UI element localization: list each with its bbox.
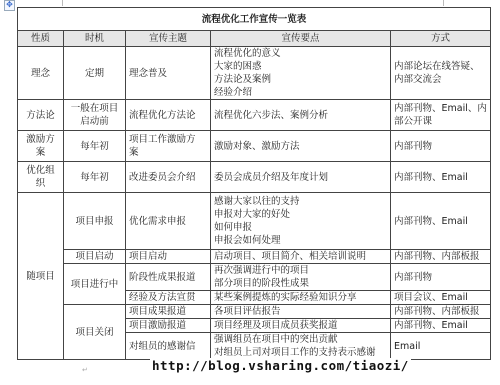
point: 如何申报 (214, 221, 387, 234)
cell-points: 强调组员在项目中的突出贡献 对组员上司对项目工作的支持表示感谢 (211, 333, 391, 360)
cell-theme: 项目工作激励方 案 (126, 131, 211, 162)
table-row: 理念 定期 理念普及 流程优化的意义 大家的困惑 方法论及案例 经验介绍 内部论… (18, 47, 491, 100)
table-move-handle-icon[interactable]: ✥ (4, 0, 15, 11)
cell-method: 内部刊物、内部板报 (391, 250, 491, 264)
table-row: 优化组 织 每年初 改进委员会介绍 委员会成员介绍及年度计划 内部刊物、Emai… (18, 162, 491, 193)
point: 申报对大家的好处 (214, 208, 387, 221)
nature-line: 优化组 (21, 164, 60, 177)
table-row: 方法论 一般在项目 启动前 流程优化方法论 流程优化六步法、案例分析 内部刊物、… (18, 100, 491, 131)
cell-timing: 一般在项目 启动前 (64, 100, 126, 131)
table-row: 随项目 项目申报 优化需求申报 感谢大家以往的支持 申报对大家的好处 如何申报 … (18, 193, 491, 250)
cell-nature: 理念 (18, 47, 64, 100)
cell-points: 委员会成员介绍及年度计划 (211, 162, 391, 193)
cell-theme: 优化需求申报 (126, 193, 211, 250)
cell-points: 激励对象、激励方法 (211, 131, 391, 162)
cell-nature: 优化组 织 (18, 162, 64, 193)
promotion-table: 流程优化工作宣传一览表 性质 时机 宣传主题 宣传要点 方式 理念 定期 理念普… (17, 7, 491, 360)
table-title: 流程优化工作宣传一览表 (18, 8, 491, 31)
point: 申报会如何处理 (214, 234, 387, 247)
cell-theme: 项目启动 (126, 250, 211, 264)
cell-theme: 流程优化方法论 (126, 100, 211, 131)
table-row: 激励方 案 每年初 项目工作激励方 案 激励对象、激励方法 内部刊物 (18, 131, 491, 162)
cell-method: 内部刊物、Email (391, 193, 491, 250)
cell-timing: 每年初 (64, 162, 126, 193)
header-nature: 性质 (18, 31, 64, 47)
header-timing: 时机 (64, 31, 126, 47)
timing-line: 启动前 (67, 115, 122, 128)
cell-points: 启动项目、项目简介、相关培训说明 (211, 250, 391, 264)
ruler-marker (443, 0, 444, 6)
cell-points: 流程优化的意义 大家的困惑 方法论及案例 经验介绍 (211, 47, 391, 100)
nature-line: 案 (21, 146, 60, 159)
header-theme: 宣传主题 (126, 31, 211, 47)
watermark-url: http://blog.vsharing.com/tiaozi/ (150, 358, 411, 373)
cell-theme: 改进委员会介绍 (126, 162, 211, 193)
nature-line: 织 (21, 177, 60, 190)
cell-timing: 项目关闭 (64, 305, 126, 360)
cell-points: 再次强调进行中的项目 部分项目的阶段性成果 (211, 264, 391, 291)
method-line: 内部刊物、Email、内 (394, 102, 487, 115)
cell-method: 项目会议、Email (391, 291, 491, 305)
header-row: 性质 时机 宣传主题 宣传要点 方式 (18, 31, 491, 47)
cell-points: 项目经理及项目成员获奖报道 (211, 319, 391, 333)
cell-method: 内部刊物、Email (391, 319, 491, 333)
point: 流程优化的意义 (214, 47, 387, 60)
cell-timing: 每年初 (64, 131, 126, 162)
point: 感谢大家以往的支持 (214, 195, 387, 208)
theme-line: 案 (129, 146, 207, 159)
cell-theme: 对组员的感谢信 (126, 333, 211, 360)
cell-method: 内部刊物 (391, 264, 491, 291)
table-row: 项目进行中 阶段性成果报道 再次强调进行中的项目 部分项目的阶段性成果 内部刊物 (18, 264, 491, 291)
table-row: 项目启动 项目启动 启动项目、项目简介、相关培训说明 内部刊物、内部板报 (18, 250, 491, 264)
method-line: 内部论坛在线答疑、 (394, 60, 487, 73)
header-method: 方式 (391, 31, 491, 47)
cell-timing: 项目启动 (64, 250, 126, 264)
nature-line: 激励方 (21, 133, 60, 146)
cell-nature: 方法论 (18, 100, 64, 131)
cell-method: 内部论坛在线答疑、 内部交流会 (391, 47, 491, 100)
cell-method: Email (391, 333, 491, 360)
cell-theme: 阶段性成果报道 (126, 264, 211, 291)
point: 方法论及案例 (214, 73, 387, 86)
point: 再次强调进行中的项目 (214, 264, 387, 277)
cell-timing: 项目进行中 (64, 264, 126, 305)
cell-points: 感谢大家以往的支持 申报对大家的好处 如何申报 申报会如何处理 (211, 193, 391, 250)
table-row: 项目关闭 项目成果报道 各项目评估报告 内部刊物、内部板报 (18, 305, 491, 319)
method-line: 内部交流会 (394, 73, 487, 86)
cell-nature-project: 随项目 (18, 193, 64, 360)
timing-line: 一般在项目 (67, 102, 122, 115)
cell-method: 内部刊物、Email、内 部公开课 (391, 100, 491, 131)
cell-theme: 经验及方法宣贯 (126, 291, 211, 305)
ruler-marker (62, 0, 63, 6)
point: 强调组员在项目中的突出贡献 (214, 333, 387, 346)
point: 部分项目的阶段性成果 (214, 277, 387, 290)
point: 大家的困惑 (214, 60, 387, 73)
paragraph-mark-icon: ↵ (82, 366, 88, 374)
cell-theme: 项目激励报道 (126, 319, 211, 333)
cell-points: 流程优化六步法、案例分析 (211, 100, 391, 131)
method-line: 部公开课 (394, 115, 487, 128)
cell-timing: 定期 (64, 47, 126, 100)
point: 经验介绍 (214, 86, 387, 99)
cell-theme: 理念普及 (126, 47, 211, 100)
cell-points: 某些案例提炼的实际经验知识分享 (211, 291, 391, 305)
cell-timing: 项目申报 (64, 193, 126, 250)
cell-points: 各项目评估报告 (211, 305, 391, 319)
header-points: 宣传要点 (211, 31, 391, 47)
cell-method: 内部刊物 (391, 131, 491, 162)
cell-nature: 激励方 案 (18, 131, 64, 162)
cell-method: 内部刊物、内部板报 (391, 305, 491, 319)
theme-line: 项目工作激励方 (129, 133, 207, 146)
cell-theme: 项目成果报道 (126, 305, 211, 319)
cell-method: 内部刊物、Email (391, 162, 491, 193)
